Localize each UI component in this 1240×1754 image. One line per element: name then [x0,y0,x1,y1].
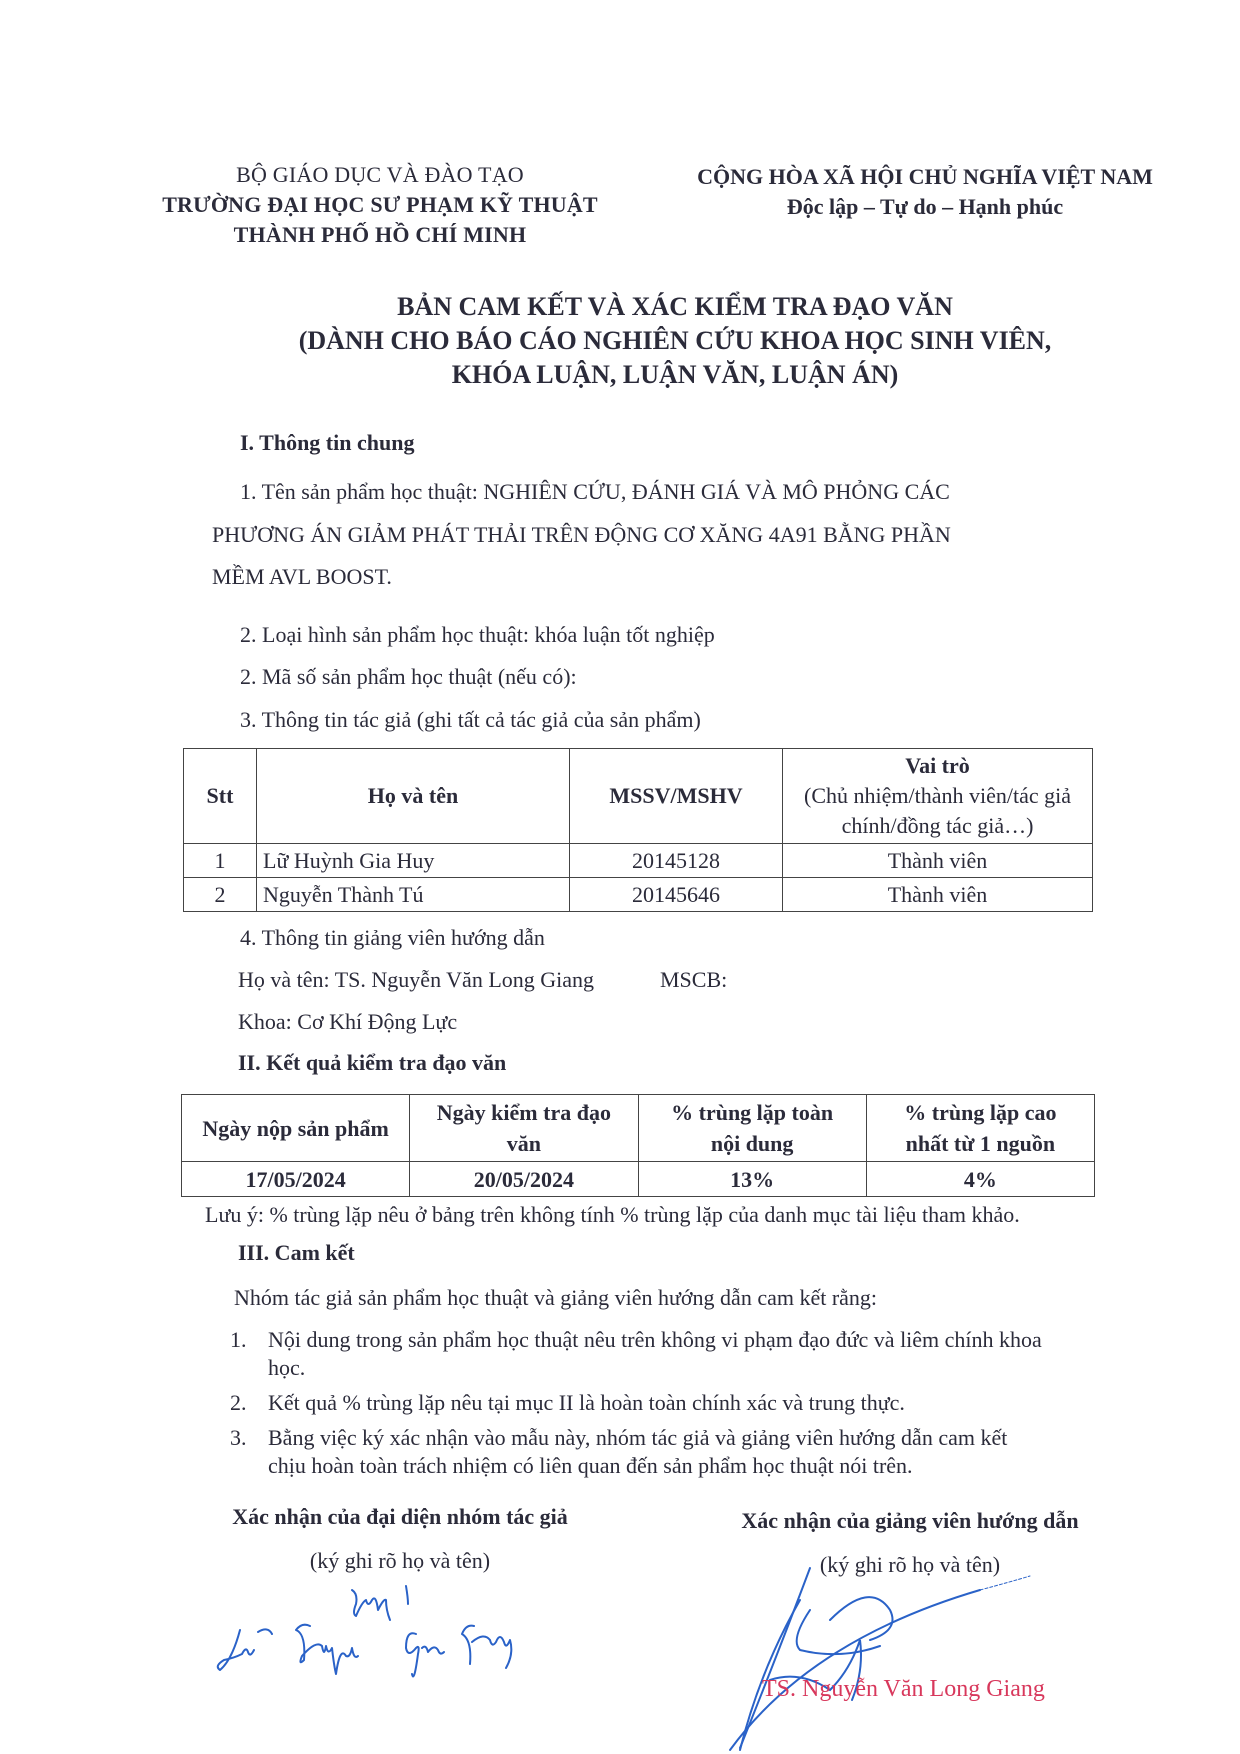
author-signed-name: Lữ Huỳnh Gia Huy [200,1604,201,1605]
advisor-heading: 4. Thông tin giảng viên hướng dẫn [240,924,545,952]
section-2-heading: II. Kết quả kiểm tra đạo văn [238,1050,506,1076]
product-code: 2. Mã số sản phẩm học thuật (nếu có): [240,663,577,691]
plagiarism-note: Lưu ý: % trùng lặp nêu ở bảng trên không… [205,1201,1205,1229]
cell-id: 20145646 [570,878,783,912]
product-name-line-3: MỀM AVL BOOST. [212,563,1132,591]
table-row: 2 Nguyễn Thành Tú 20145646 Thành viên [184,878,1093,912]
table-row: 1 Lữ Huỳnh Gia Huy 20145128 Thành viên [184,844,1093,878]
author-signature-heading: Xác nhận của đại diện nhóm tác giả [200,1504,600,1530]
item-text: Bằng việc ký xác nhận vào mẫu này, nhóm … [268,1425,1007,1450]
commitment-item: 2. Kết quả % trùng lặp nêu tại mục II là… [230,1389,1110,1417]
authors-table: Stt Họ và tên MSSV/MSHV Vai trò (Chủ nhi… [183,748,1093,912]
header-role: Vai trò (Chủ nhiệm/thành viên/tác giả ch… [783,749,1093,844]
section-1-heading: I. Thông tin chung [240,430,414,456]
header-total-overlap: % trùng lặp toànnội dung [638,1095,866,1162]
value-check-date: 20/05/2024 [410,1162,638,1197]
author-signature [210,1580,550,1680]
header-text: nội dung [711,1131,794,1156]
product-name-value-1: NGHIÊN CỨU, ĐÁNH GIÁ VÀ MÔ PHỎNG CÁC [483,479,949,504]
authors-table-header: Stt Họ và tên MSSV/MSHV Vai trò (Chủ nhi… [184,749,1093,844]
university-name: TRƯỜNG ĐẠI HỌC SƯ PHẠM KỸ THUẬT [140,190,620,220]
advisor-stamp-name: TS. Nguyễn Văn Long Giang [762,1676,1045,1703]
header-max-source-overlap: % trùng lặp caonhất từ 1 nguồn [866,1095,1094,1162]
header-stt: Stt [184,749,257,844]
plagiarism-results-table: Ngày nộp sản phẩm Ngày kiểm tra đạovăn %… [181,1094,1095,1197]
title-line-1: BẢN CAM KẾT VÀ XÁC KIỂM TRA ĐẠO VĂN [200,290,1150,324]
product-name-line-2: PHƯƠNG ÁN GIẢM PHÁT THẢI TRÊN ĐỘNG CƠ XĂ… [212,521,1132,549]
product-name-label: 1. Tên sản phẩm học thuật: [240,479,483,504]
author-signature-instruction: (ký ghi rõ họ và tên) [200,1548,600,1574]
value-max-source-overlap: 4% [866,1162,1094,1197]
cell-name: Nguyễn Thành Tú [257,878,570,912]
title-line-3: KHÓA LUẬN, LUẬN VĂN, LUẬN ÁN) [200,358,1150,392]
header-check-date: Ngày kiểm tra đạovăn [410,1095,638,1162]
header-id: MSSV/MSHV [570,749,783,844]
section-3-heading: III. Cam kết [238,1240,355,1266]
advisor-signature-heading: Xác nhận của giảng viên hướng dẫn [700,1508,1120,1534]
advisor-mscb: MSCB: [660,966,727,994]
ministry-name: BỘ GIÁO DỤC VÀ ĐÀO TẠO [140,160,620,190]
header-text: Ngày nộp sản phẩm [202,1116,388,1141]
results-table-header: Ngày nộp sản phẩm Ngày kiểm tra đạovăn %… [182,1095,1095,1162]
header-text: văn [507,1131,541,1156]
item-number: 3. [230,1424,247,1452]
advisor-name: Họ và tên: TS. Nguyễn Văn Long Giang [238,966,594,994]
header-role-desc-1: (Chủ nhiệm/thành viên/tác giả [804,783,1071,808]
country-title: CỘNG HÒA XÃ HỘI CHỦ NGHĨA VIỆT NAM [660,162,1190,192]
table-row: 17/05/2024 20/05/2024 13% 4% [182,1162,1095,1197]
cell-role: Thành viên [783,878,1093,912]
advisor-signature [680,1560,1120,1754]
value-total-overlap: 13% [638,1162,866,1197]
university-city: THÀNH PHỐ HỒ CHÍ MINH [140,220,620,250]
header-text: nhất từ 1 nguồn [906,1131,1056,1156]
cell-role: Thành viên [783,844,1093,878]
item-number: 1. [230,1326,247,1354]
advisor-faculty: Khoa: Cơ Khí Động Lực [238,1008,457,1036]
header-role-desc-2: chính/đồng tác giả…) [842,813,1034,838]
commitment-intro: Nhóm tác giả sản phẩm học thuật và giảng… [234,1284,877,1312]
value-submission-date: 17/05/2024 [182,1162,410,1197]
item-text: học. [268,1355,305,1380]
item-text: Kết quả % trùng lặp nêu tại mục II là ho… [268,1390,905,1415]
header-text: % trùng lặp toàn [671,1100,833,1125]
cell-stt: 2 [184,878,257,912]
cell-stt: 1 [184,844,257,878]
header-text: % trùng lặp cao [904,1100,1056,1125]
header-name: Họ và tên [257,749,570,844]
national-header: CỘNG HÒA XÃ HỘI CHỦ NGHĨA VIỆT NAM Độc l… [660,162,1190,222]
product-type: 2. Loại hình sản phẩm học thuật: khóa lu… [240,621,715,649]
header-text: Ngày kiểm tra đạo [437,1100,611,1125]
header-role-title: Vai trò [905,753,970,778]
cell-name: Lữ Huỳnh Gia Huy [257,844,570,878]
product-name-line-1: 1. Tên sản phẩm học thuật: NGHIÊN CỨU, Đ… [240,478,1120,506]
cell-id: 20145128 [570,844,783,878]
authors-heading: 3. Thông tin tác giả (ghi tất cả tác giả… [240,706,701,734]
item-text: Nội dung trong sản phẩm học thuật nêu tr… [268,1327,1042,1352]
national-motto: Độc lập – Tự do – Hạnh phúc [660,192,1190,222]
header-submission-date: Ngày nộp sản phẩm [182,1095,410,1162]
item-number: 2. [230,1389,247,1417]
commitment-item: 3. Bằng việc ký xác nhận vào mẫu này, nh… [230,1424,1110,1480]
commitment-item: 1. Nội dung trong sản phẩm học thuật nêu… [230,1326,1110,1382]
ministry-header: BỘ GIÁO DỤC VÀ ĐÀO TẠO TRƯỜNG ĐẠI HỌC SƯ… [140,160,620,250]
item-text: chịu hoàn toàn trách nhiệm có liên quan … [268,1453,913,1478]
title-line-2: (DÀNH CHO BÁO CÁO NGHIÊN CỨU KHOA HỌC SI… [200,324,1150,358]
document-title: BẢN CAM KẾT VÀ XÁC KIỂM TRA ĐẠO VĂN (DÀN… [200,290,1150,392]
